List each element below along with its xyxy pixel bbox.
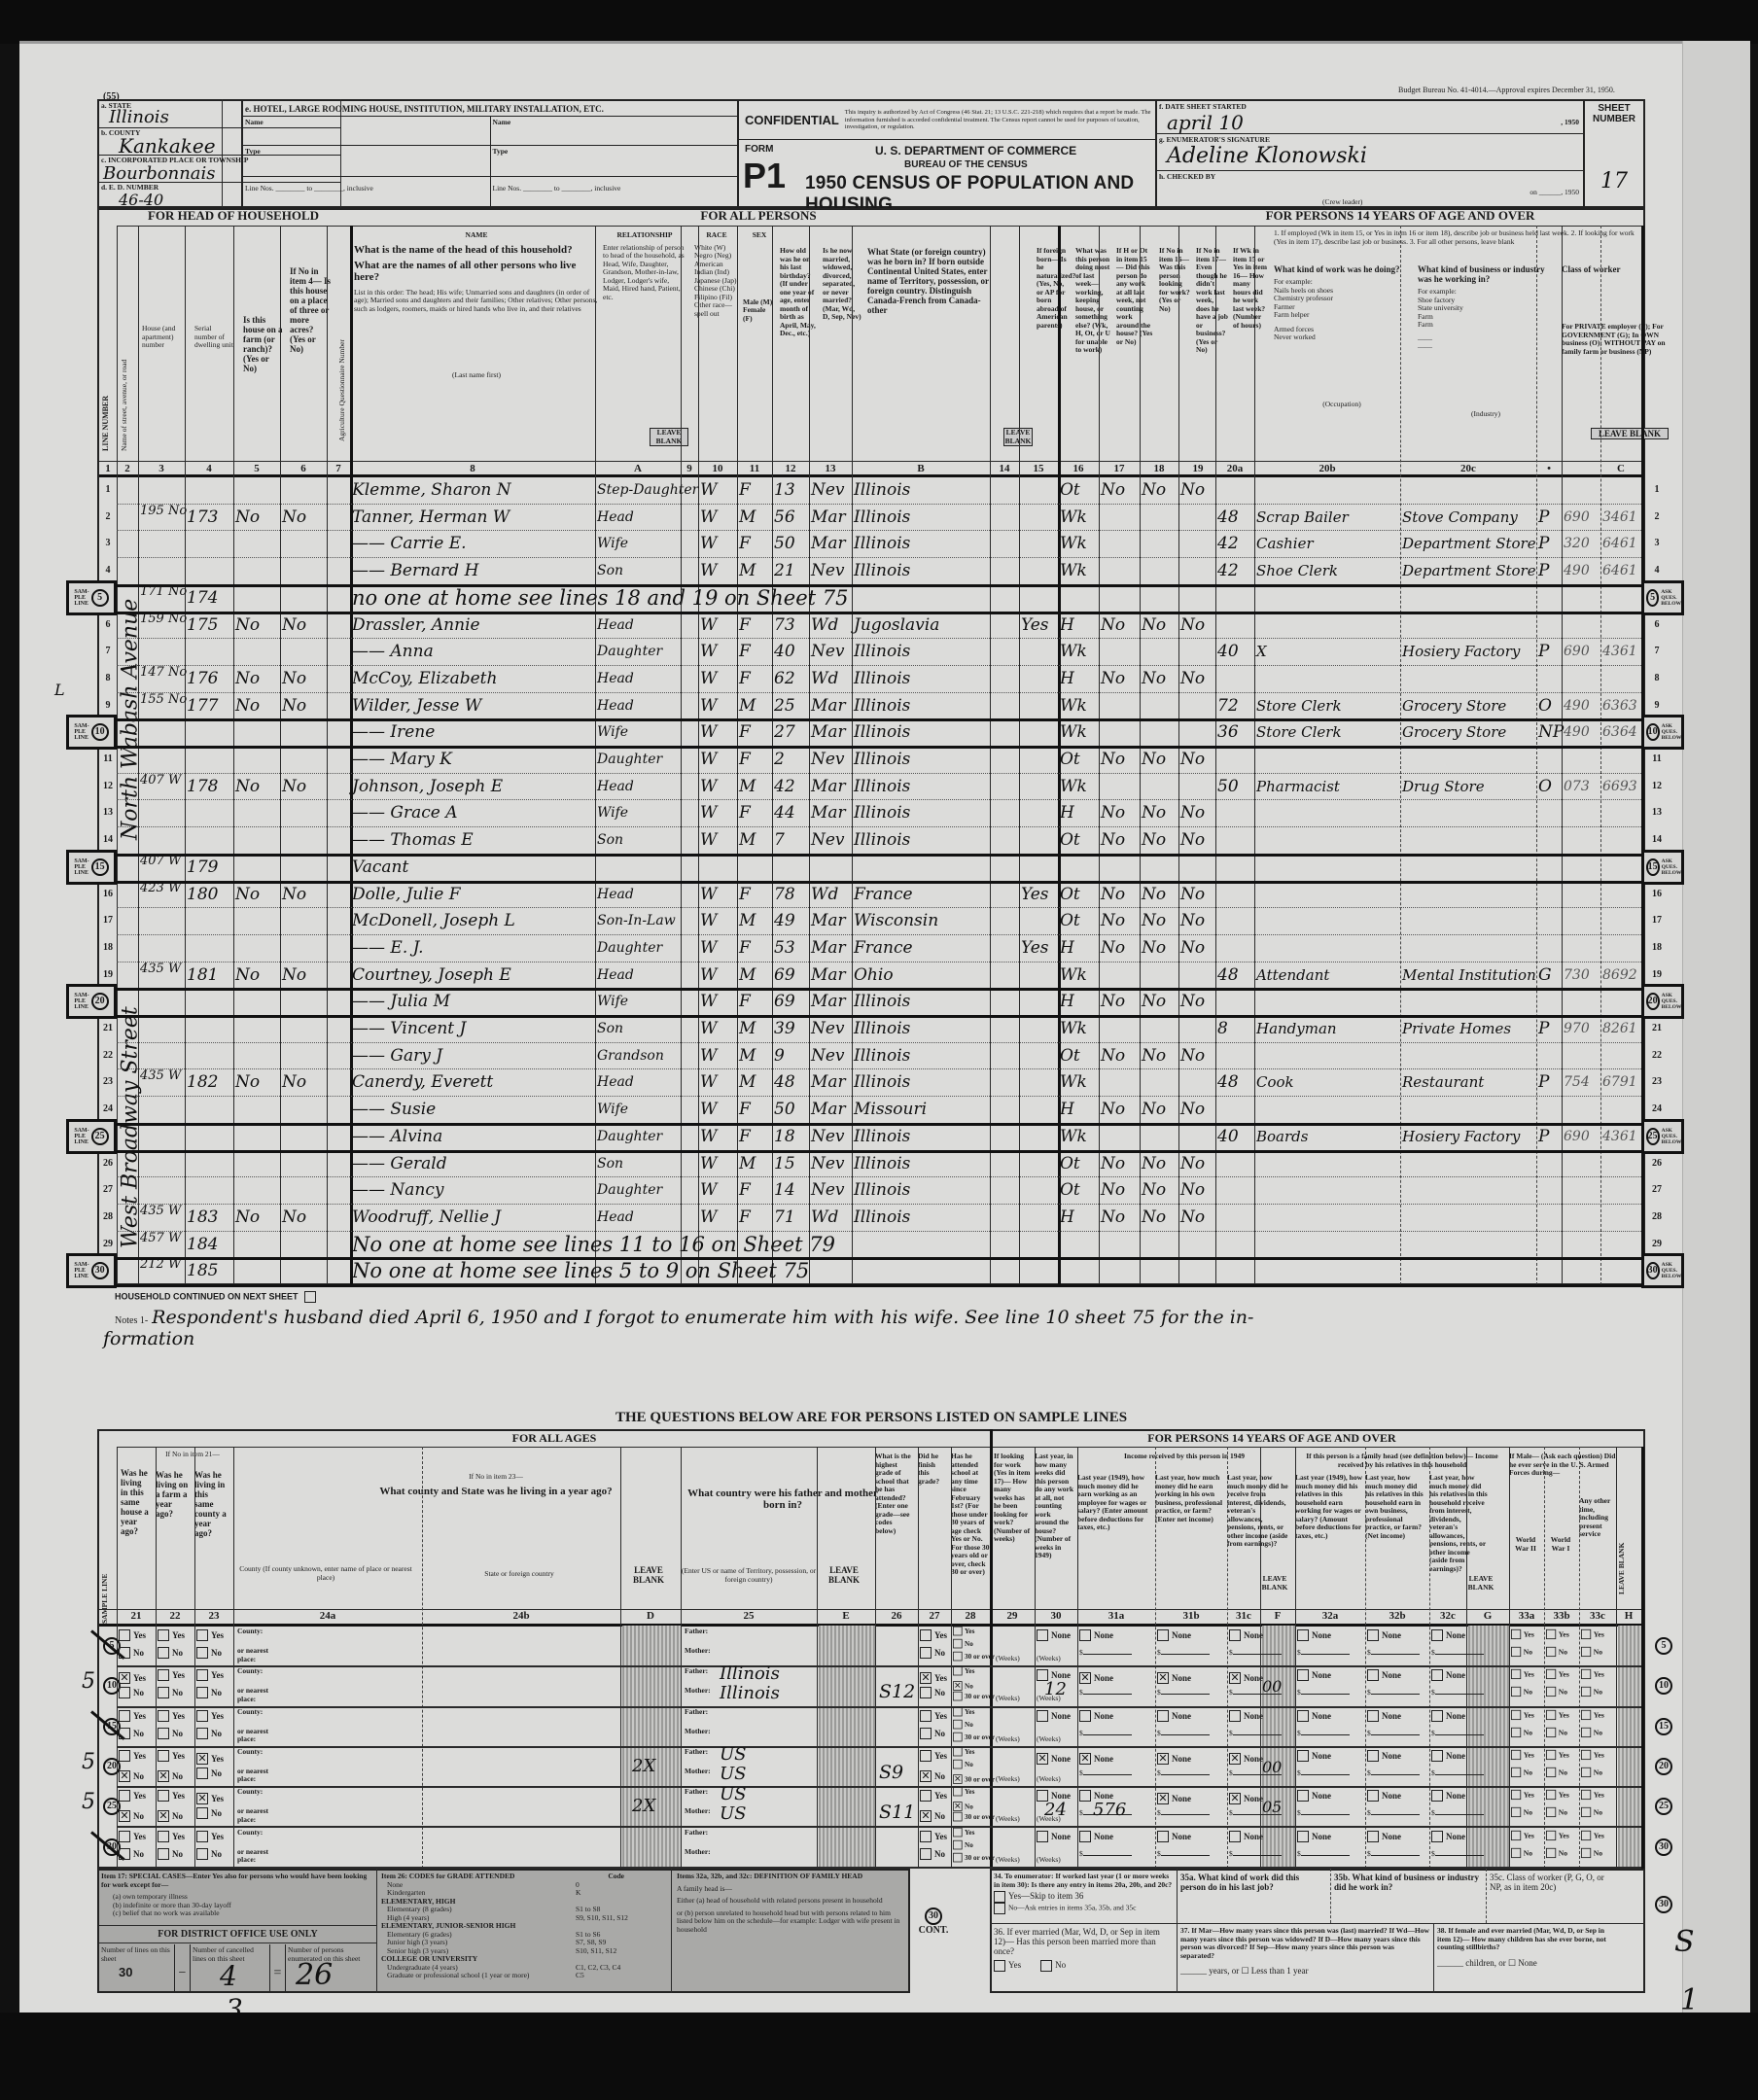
cell-activity: Wk bbox=[1060, 694, 1099, 717]
cell-race: W bbox=[700, 1098, 737, 1121]
highest-grade: S12 bbox=[879, 1681, 915, 1702]
q23-yes-checkbox[interactable]: Yes bbox=[196, 1669, 224, 1681]
cell-age: 48 bbox=[774, 1070, 809, 1094]
sh-31c: Last year, how much money did he receive… bbox=[1227, 1474, 1289, 1549]
sample-column-number: 32b bbox=[1365, 1610, 1429, 1622]
column-number: B bbox=[852, 463, 990, 474]
q31c-none-checkbox[interactable]: None bbox=[1229, 1710, 1263, 1722]
q33b-no-checkbox[interactable]: No bbox=[1546, 1727, 1567, 1736]
q32b-none-checkbox[interactable]: None bbox=[1367, 1790, 1401, 1802]
line-number-right: 26 bbox=[1641, 1158, 1672, 1169]
cell-sex: F bbox=[739, 478, 772, 502]
q33c-no-checkbox[interactable]: No bbox=[1581, 1647, 1602, 1657]
dollar-sign: $ bbox=[1297, 1808, 1301, 1817]
cell-sex: F bbox=[739, 990, 772, 1013]
cell-hours: 48 bbox=[1217, 963, 1254, 987]
q23-no-checkbox[interactable]: No bbox=[196, 1767, 222, 1779]
q21-yes-checkbox[interactable]: Yes bbox=[119, 1831, 146, 1842]
cell-rel: Son bbox=[597, 828, 681, 852]
line-number-right: 29 bbox=[1641, 1239, 1672, 1249]
cell-birthplace: Wisconsin bbox=[854, 909, 990, 932]
cell-code1: 490 bbox=[1564, 559, 1600, 582]
dollar-sign: $ bbox=[1367, 1648, 1371, 1657]
column-number: 20b bbox=[1254, 463, 1400, 474]
father-label: Father: bbox=[685, 1627, 708, 1636]
cell-sex: M bbox=[739, 1152, 772, 1175]
q32c-none-checkbox[interactable]: None bbox=[1431, 1669, 1465, 1681]
q32c-none-checkbox[interactable]: None bbox=[1431, 1710, 1465, 1722]
cell-marital: Nev bbox=[811, 559, 852, 582]
q36-no-checkbox[interactable] bbox=[1040, 1960, 1052, 1972]
cell-farm: No bbox=[235, 883, 280, 906]
q22-no-checkbox[interactable]: ✕No bbox=[158, 1810, 183, 1822]
q31b-none-checkbox[interactable]: None bbox=[1157, 1831, 1191, 1842]
cell-marital: Nev bbox=[811, 640, 852, 663]
sample-line-tag: SAM-PLELINE25 bbox=[66, 1119, 117, 1154]
q31b-none-checkbox[interactable]: ✕None bbox=[1157, 1672, 1191, 1684]
cell-race: W bbox=[700, 801, 737, 824]
line-number: 14 bbox=[99, 834, 117, 845]
cell-looking: No bbox=[1142, 1178, 1178, 1202]
line-number: 8 bbox=[99, 673, 117, 683]
q30-weeks-label: (Weeks) bbox=[1037, 1735, 1061, 1744]
leave-blank-d-value: 2X bbox=[632, 1756, 655, 1776]
q28-yes-checkbox[interactable]: Yes bbox=[953, 1666, 974, 1676]
q34-yes-checkbox[interactable] bbox=[994, 1891, 1005, 1903]
q21-yes-checkbox[interactable]: Yes bbox=[119, 1790, 146, 1802]
column-number: 4 bbox=[185, 463, 233, 474]
col-name-q2: What are the names of all other persons … bbox=[354, 260, 599, 283]
line-number-right: 24 bbox=[1641, 1103, 1672, 1114]
q33c-no-checkbox[interactable]: No bbox=[1581, 1727, 1602, 1736]
q31c-none-checkbox[interactable]: ✕None bbox=[1229, 1753, 1263, 1765]
cell-work: No bbox=[1101, 801, 1140, 824]
q23-yes-checkbox[interactable]: Yes bbox=[196, 1629, 224, 1641]
sample-column-number: 23 bbox=[194, 1610, 233, 1622]
cell-house: 435 W bbox=[140, 1070, 185, 1082]
q30-none-checkbox[interactable]: ✕None bbox=[1037, 1753, 1071, 1765]
sheet-number-block: SHEET NUMBER 17 bbox=[1585, 103, 1643, 193]
cell-serial: 177 bbox=[187, 694, 233, 717]
q28-no-checkbox[interactable]: No bbox=[953, 1839, 973, 1849]
q33a-no-checkbox[interactable]: No bbox=[1511, 1767, 1532, 1777]
q32a-none-checkbox[interactable]: None bbox=[1297, 1710, 1331, 1722]
q23-no-checkbox[interactable]: No bbox=[196, 1728, 222, 1739]
cell-activity: H bbox=[1060, 1098, 1099, 1121]
col-name-list: List in this order: The head; His wife; … bbox=[354, 289, 599, 314]
q31c-none-checkbox[interactable]: ✕None bbox=[1229, 1672, 1263, 1684]
q31b-none-checkbox[interactable]: ✕None bbox=[1157, 1793, 1191, 1804]
q31b-none-checkbox[interactable]: None bbox=[1157, 1629, 1191, 1641]
cell-birthplace: Illinois bbox=[854, 559, 990, 582]
cell-job: No bbox=[1180, 883, 1215, 906]
cell-looking: No bbox=[1142, 748, 1178, 771]
special-cases-title: Item 17: SPECIAL CASES—Enter Yes also fo… bbox=[101, 1872, 373, 1889]
q33a-yes-checkbox[interactable]: Yes bbox=[1511, 1629, 1534, 1639]
cell-serial: 184 bbox=[187, 1233, 233, 1256]
q33b-no-checkbox[interactable]: No bbox=[1546, 1807, 1567, 1817]
q33a-no-checkbox[interactable]: No bbox=[1511, 1647, 1532, 1657]
dollar-sign: $ bbox=[1431, 1648, 1435, 1657]
cell-activity: H bbox=[1060, 936, 1099, 960]
q23-no-checkbox[interactable]: No bbox=[196, 1647, 222, 1659]
q28-no-checkbox[interactable]: ✕No bbox=[953, 1802, 973, 1811]
q32b-none-checkbox[interactable]: None bbox=[1367, 1629, 1401, 1641]
q33c-yes-checkbox[interactable]: Yes bbox=[1581, 1629, 1604, 1639]
q32b-none-checkbox[interactable]: None bbox=[1367, 1750, 1401, 1762]
q28-yes-checkbox[interactable]: Yes bbox=[953, 1706, 974, 1716]
cell-industry: Department Store bbox=[1402, 559, 1536, 582]
grade-code-value: K bbox=[576, 1889, 663, 1898]
dollar-sign: $ bbox=[1431, 1688, 1435, 1697]
cell-farm: No bbox=[235, 1070, 280, 1094]
q31c-none-checkbox[interactable]: None bbox=[1229, 1629, 1263, 1641]
line-number: 12 bbox=[99, 781, 117, 791]
cell-code2: 6363 bbox=[1602, 694, 1641, 717]
cell-nat: Yes bbox=[1021, 883, 1058, 906]
line-number: 23 bbox=[99, 1076, 117, 1087]
q28-30-checkbox[interactable]: 30 or over bbox=[953, 1812, 995, 1822]
q33c-no-checkbox[interactable]: No bbox=[1581, 1767, 1602, 1777]
cell-name: —— Nancy bbox=[352, 1178, 595, 1202]
sample-row: 255Yes✕NoYes✕No✕YesNoCounty:or nearest p… bbox=[0, 1786, 1758, 1826]
grade-codes: Item 26: CODES for GRADE ATTENDED Code N… bbox=[381, 1872, 663, 1980]
cell-birthplace: Missouri bbox=[854, 1098, 990, 1121]
q31b-none-checkbox[interactable]: ✕None bbox=[1157, 1753, 1191, 1765]
father-label: Father: bbox=[685, 1748, 708, 1757]
group-persons-14: FOR PERSONS 14 YEARS OF AGE AND OVER bbox=[1167, 208, 1634, 224]
cell-code1: 073 bbox=[1564, 775, 1600, 798]
q31c-none-checkbox[interactable]: None bbox=[1229, 1831, 1263, 1842]
q28-30-checkbox[interactable]: 30 or over bbox=[953, 1852, 995, 1862]
q32c-none-checkbox[interactable]: None bbox=[1431, 1831, 1465, 1842]
col-leave-blank-a: LEAVE BLANK bbox=[650, 428, 688, 446]
sh-31a: Last year (1949), how much money did he … bbox=[1077, 1474, 1151, 1532]
col-occupation-intro: 1. If employed (Wk in item 15, or Yes in… bbox=[1274, 229, 1643, 246]
q33a-yes-checkbox[interactable]: Yes bbox=[1511, 1830, 1534, 1839]
q27-yes-checkbox[interactable]: Yes bbox=[920, 1831, 947, 1842]
q33b-yes-checkbox[interactable]: Yes bbox=[1546, 1669, 1569, 1679]
cell-activity: Ot bbox=[1060, 909, 1099, 932]
q28-no-checkbox[interactable]: No bbox=[953, 1760, 973, 1769]
q23-yes-checkbox[interactable]: Yes bbox=[196, 1831, 224, 1842]
cell-name: —— Vincent J bbox=[352, 1017, 595, 1040]
q30-weeks-label: (Weeks) bbox=[1037, 1856, 1061, 1865]
cell-farm: No bbox=[235, 506, 280, 529]
cell-marital: Nev bbox=[811, 1044, 852, 1067]
cell-race: W bbox=[700, 506, 737, 529]
q33b-no-checkbox[interactable]: No bbox=[1546, 1847, 1567, 1857]
cell-code2: 6461 bbox=[1602, 532, 1641, 555]
q27-no-checkbox[interactable]: No bbox=[920, 1687, 945, 1698]
dollar-sign: $ bbox=[1297, 1849, 1301, 1858]
q32a-none-checkbox[interactable]: None bbox=[1297, 1669, 1331, 1681]
dollar-sign: $ bbox=[1367, 1688, 1371, 1697]
q22-yes-checkbox[interactable]: Yes bbox=[158, 1831, 185, 1842]
cell-looking: No bbox=[1142, 883, 1178, 906]
q30-none-checkbox[interactable]: None bbox=[1037, 1831, 1071, 1842]
q22-no-checkbox[interactable]: No bbox=[158, 1687, 183, 1698]
cell-age: 73 bbox=[774, 613, 809, 637]
q28-30-checkbox[interactable]: ✕30 or over bbox=[953, 1774, 995, 1784]
q33a-yes-checkbox[interactable]: Yes bbox=[1511, 1750, 1534, 1760]
q31a-none-checkbox[interactable]: None bbox=[1079, 1710, 1113, 1722]
sample-column-number: 32a bbox=[1295, 1610, 1365, 1622]
cell-class: O bbox=[1538, 694, 1562, 717]
line-number: 18 bbox=[99, 942, 117, 953]
q27-yes-checkbox[interactable]: Yes bbox=[920, 1790, 947, 1802]
dollar-sign: $ bbox=[1157, 1648, 1161, 1657]
cell-activity: Wk bbox=[1060, 532, 1099, 555]
cell-job: No bbox=[1180, 613, 1215, 637]
q32b-none-checkbox[interactable]: None bbox=[1367, 1669, 1401, 1681]
scan-top-shadow bbox=[0, 0, 1758, 44]
col-relationship-title: RELATIONSHIP bbox=[603, 231, 686, 240]
cell-hours: 40 bbox=[1217, 640, 1254, 663]
ed-value: 46-40 bbox=[119, 191, 163, 209]
q33b-no-checkbox[interactable]: No bbox=[1546, 1687, 1567, 1697]
q33b-yes-checkbox[interactable]: Yes bbox=[1546, 1709, 1569, 1719]
date-value: april 10 bbox=[1167, 111, 1244, 134]
dollar-sign: $ bbox=[1157, 1768, 1161, 1777]
q32a-none-checkbox[interactable]: None bbox=[1297, 1750, 1331, 1762]
q33c-yes-checkbox[interactable]: Yes bbox=[1581, 1669, 1604, 1679]
cell-occupation: Shoe Clerk bbox=[1256, 559, 1400, 582]
grade-code-value: C1, C2, C3, C4 bbox=[576, 1964, 663, 1973]
col-occupation: What kind of work was he doing? For exam… bbox=[1274, 264, 1410, 408]
q31a-none-checkbox[interactable]: None bbox=[1079, 1629, 1113, 1641]
q29-weeks-label: (Weeks) bbox=[996, 1856, 1020, 1865]
q33b-yes-checkbox[interactable]: Yes bbox=[1546, 1790, 1569, 1800]
cell-sex: F bbox=[739, 883, 772, 906]
q28-30-checkbox[interactable]: 30 or over bbox=[953, 1692, 995, 1701]
cell-marital: Nev bbox=[811, 1178, 852, 1202]
cell-job: No bbox=[1180, 1178, 1215, 1202]
q22-no-checkbox[interactable]: ✕No bbox=[158, 1770, 183, 1782]
line-number: 4 bbox=[99, 565, 117, 576]
q28-no-checkbox[interactable]: No bbox=[953, 1719, 973, 1729]
q32a-none-checkbox[interactable]: None bbox=[1297, 1831, 1331, 1842]
q23-no-checkbox[interactable]: No bbox=[196, 1807, 222, 1819]
q33c-no-checkbox[interactable]: No bbox=[1581, 1807, 1602, 1817]
q30-none-checkbox[interactable]: None bbox=[1037, 1710, 1071, 1722]
q28-no-checkbox[interactable]: ✕No bbox=[953, 1681, 973, 1691]
q33a-no-checkbox[interactable]: No bbox=[1511, 1727, 1532, 1736]
q27-no-checkbox[interactable]: No bbox=[920, 1647, 945, 1659]
q28-yes-checkbox[interactable]: Yes bbox=[953, 1827, 974, 1837]
line-number-right: 1 bbox=[1641, 484, 1672, 495]
q27-no-checkbox[interactable]: ✕No bbox=[920, 1810, 945, 1822]
q27-yes-checkbox[interactable]: ✕Yes bbox=[920, 1672, 947, 1684]
cell-job: No bbox=[1180, 1152, 1215, 1175]
q27-no-checkbox[interactable]: No bbox=[920, 1728, 945, 1739]
q21-no-checkbox[interactable]: No bbox=[119, 1728, 144, 1739]
dollar-sign: $ bbox=[1229, 1849, 1233, 1858]
col-industry-foot: (Industry) bbox=[1418, 410, 1554, 419]
q21-no-checkbox[interactable]: No bbox=[119, 1687, 144, 1698]
q33c-no-checkbox[interactable]: No bbox=[1581, 1687, 1602, 1697]
cell-looking: No bbox=[1142, 478, 1178, 502]
household-continued-checkbox[interactable] bbox=[304, 1291, 316, 1303]
q32c-none-checkbox[interactable]: None bbox=[1431, 1790, 1465, 1802]
q22-no-checkbox[interactable]: No bbox=[158, 1848, 183, 1860]
q33c-yes-checkbox[interactable]: Yes bbox=[1581, 1790, 1604, 1800]
cell-work: No bbox=[1101, 828, 1140, 852]
q22-yes-checkbox[interactable]: Yes bbox=[158, 1790, 185, 1802]
col-naturalized: If foreign born— Is he naturalized? (Yes… bbox=[1037, 247, 1070, 330]
q33a-no-checkbox[interactable]: No bbox=[1511, 1687, 1532, 1697]
q32b-none-checkbox[interactable]: None bbox=[1367, 1831, 1401, 1842]
column-number: 20c bbox=[1400, 463, 1536, 474]
cell-name: Vacant bbox=[352, 856, 595, 879]
cell-marital: Mar bbox=[811, 775, 852, 798]
cell-activity: H bbox=[1060, 1206, 1099, 1229]
sh-23: Was he living in this same county a year… bbox=[194, 1470, 228, 1538]
q33a-yes-checkbox[interactable]: Yes bbox=[1511, 1669, 1534, 1679]
q21-yes-checkbox[interactable]: Yes bbox=[119, 1629, 146, 1641]
q28-no-checkbox[interactable]: No bbox=[953, 1639, 973, 1649]
cell-birthplace: Illinois bbox=[854, 1152, 990, 1175]
cell-age: 62 bbox=[774, 667, 809, 690]
q36-yes-checkbox[interactable] bbox=[994, 1960, 1005, 1972]
line-number: 29 bbox=[99, 1239, 117, 1249]
dollar-sign: $ bbox=[1079, 1768, 1083, 1777]
cell-age: 14 bbox=[774, 1178, 809, 1202]
q33b-yes-checkbox[interactable]: Yes bbox=[1546, 1750, 1569, 1760]
q29-weeks-label: (Weeks) bbox=[996, 1655, 1020, 1663]
cell-race: W bbox=[700, 478, 737, 502]
q31a-none-checkbox[interactable]: ✕None bbox=[1079, 1753, 1113, 1765]
cell-age: 50 bbox=[774, 532, 809, 555]
q33a-yes-checkbox[interactable]: Yes bbox=[1511, 1790, 1534, 1800]
q33b-yes-checkbox[interactable]: Yes bbox=[1546, 1830, 1569, 1839]
q23-no-checkbox[interactable]: No bbox=[196, 1848, 222, 1860]
cell-code2: 6461 bbox=[1602, 559, 1641, 582]
q21-no-checkbox[interactable]: No bbox=[119, 1647, 144, 1659]
q32a-none-checkbox[interactable]: None bbox=[1297, 1790, 1331, 1802]
cell-work: No bbox=[1101, 909, 1140, 932]
cell-activity: H bbox=[1060, 990, 1099, 1013]
q22-no-checkbox[interactable]: No bbox=[158, 1728, 183, 1739]
q33c-yes-checkbox[interactable]: Yes bbox=[1581, 1830, 1604, 1839]
q23-yes-checkbox[interactable]: ✕Yes bbox=[196, 1753, 224, 1765]
q33b-no-checkbox[interactable]: No bbox=[1546, 1647, 1567, 1657]
q28-yes-checkbox[interactable]: Yes bbox=[953, 1787, 974, 1797]
q27-yes-checkbox[interactable]: Yes bbox=[920, 1629, 947, 1641]
cell-age: 69 bbox=[774, 963, 809, 987]
cell-activity: Wk bbox=[1060, 640, 1099, 663]
sample-line-label: SAMPLE LINE bbox=[101, 1517, 115, 1624]
cell-code2: 8692 bbox=[1602, 963, 1641, 987]
cell-sex: F bbox=[739, 1125, 772, 1148]
q31a-none-checkbox[interactable]: None bbox=[1079, 1831, 1113, 1842]
q27-yes-checkbox[interactable]: Yes bbox=[920, 1750, 947, 1762]
cell-age: 27 bbox=[774, 720, 809, 744]
q33a-no-checkbox[interactable]: No bbox=[1511, 1807, 1532, 1817]
q32a-none-checkbox[interactable]: None bbox=[1297, 1629, 1331, 1641]
q33b-no-checkbox[interactable]: No bbox=[1546, 1767, 1567, 1777]
q28-yes-checkbox[interactable]: Yes bbox=[953, 1627, 974, 1636]
q28-30-checkbox[interactable]: 30 or over bbox=[953, 1652, 995, 1662]
q30-none-checkbox[interactable]: None bbox=[1037, 1629, 1071, 1641]
q27-yes-checkbox[interactable]: Yes bbox=[920, 1710, 947, 1722]
col-race-detail: White (W) Negro (Neg) American Indian (I… bbox=[694, 244, 739, 319]
mother-label: Mother: bbox=[685, 1728, 711, 1736]
q27-no-checkbox[interactable]: No bbox=[920, 1848, 945, 1860]
q37: 37. If Mar—How many years since this per… bbox=[1180, 1927, 1429, 1976]
cell-rel: Head bbox=[597, 1070, 681, 1094]
cell-activity: Wk bbox=[1060, 506, 1099, 529]
cell-job: No bbox=[1180, 828, 1215, 852]
q34-no-checkbox[interactable] bbox=[994, 1903, 1005, 1914]
q32c-none-checkbox[interactable]: None bbox=[1431, 1629, 1465, 1641]
q22-yes-checkbox[interactable]: Yes bbox=[158, 1710, 185, 1722]
cell-activity: Wk bbox=[1060, 1070, 1099, 1094]
q22-no-checkbox[interactable]: No bbox=[158, 1647, 183, 1659]
q21-yes-checkbox[interactable]: Yes bbox=[119, 1750, 146, 1762]
q23-yes-checkbox[interactable]: ✕Yes bbox=[196, 1793, 224, 1804]
q32c-none-checkbox[interactable]: None bbox=[1431, 1750, 1465, 1762]
q27-no-checkbox[interactable]: ✕No bbox=[920, 1770, 945, 1782]
q22-yes-checkbox[interactable]: Yes bbox=[158, 1750, 185, 1762]
q31c-none-checkbox[interactable]: ✕None bbox=[1229, 1793, 1263, 1804]
cell-occupation: Store Clerk bbox=[1256, 720, 1400, 744]
sample-column-number: 24a bbox=[233, 1610, 422, 1622]
cell-job: No bbox=[1180, 1206, 1215, 1229]
q28-yes-checkbox[interactable]: Yes bbox=[953, 1747, 974, 1757]
cell-house: 457 W bbox=[140, 1233, 185, 1244]
q21-no-checkbox[interactable]: ✕No bbox=[119, 1810, 144, 1822]
q31b-none-checkbox[interactable]: None bbox=[1157, 1710, 1191, 1722]
cell-sex: F bbox=[739, 748, 772, 771]
q35a: 35a. What kind of work did this person d… bbox=[1180, 1872, 1326, 1892]
nearest-place-label: or nearest place: bbox=[237, 1728, 286, 1744]
q32b-none-checkbox[interactable]: None bbox=[1367, 1710, 1401, 1722]
column-number: 3 bbox=[138, 463, 185, 474]
q33c-yes-checkbox[interactable]: Yes bbox=[1581, 1750, 1604, 1760]
cell-race: W bbox=[700, 720, 737, 744]
q28-30-checkbox[interactable]: 30 or over bbox=[953, 1732, 995, 1741]
q22-yes-checkbox[interactable]: Yes bbox=[158, 1669, 185, 1681]
q21-yes-checkbox[interactable]: Yes bbox=[119, 1710, 146, 1722]
cell-sex: F bbox=[739, 1206, 772, 1229]
cell-age: 25 bbox=[774, 694, 809, 717]
column-number: C bbox=[1600, 463, 1641, 474]
line-number-right: 28 bbox=[1641, 1211, 1672, 1222]
q33b-yes-checkbox[interactable]: Yes bbox=[1546, 1629, 1569, 1639]
q23-no-checkbox[interactable]: No bbox=[196, 1687, 222, 1698]
crew-leader-label: (Crew leader) bbox=[1322, 198, 1362, 207]
cell-code1: 490 bbox=[1564, 694, 1600, 717]
q33c-no-checkbox[interactable]: No bbox=[1581, 1847, 1602, 1857]
q33a-no-checkbox[interactable]: No bbox=[1511, 1847, 1532, 1857]
q33c-yes-checkbox[interactable]: Yes bbox=[1581, 1709, 1604, 1719]
column-number: 1 bbox=[99, 463, 117, 474]
cell-code2: 6693 bbox=[1602, 775, 1641, 798]
cell-birthplace: Illinois bbox=[854, 694, 990, 717]
q21-no-checkbox[interactable]: ✕No bbox=[119, 1770, 144, 1782]
sample-line-number-right: 5 bbox=[1655, 1637, 1672, 1655]
q31a-none-checkbox[interactable]: ✕None bbox=[1079, 1672, 1113, 1684]
q22-yes-checkbox[interactable]: Yes bbox=[158, 1629, 185, 1641]
cell-industry: Stove Company bbox=[1402, 506, 1536, 529]
q33a-yes-checkbox[interactable]: Yes bbox=[1511, 1709, 1534, 1719]
notes-section: Notes 1- Respondent's husband died April… bbox=[115, 1307, 1651, 1349]
q21-yes-checkbox[interactable]: ✕Yes bbox=[119, 1672, 146, 1684]
q23-yes-checkbox[interactable]: Yes bbox=[196, 1710, 224, 1722]
q29-weeks-label: (Weeks) bbox=[996, 1695, 1020, 1703]
q21-no-checkbox[interactable]: No bbox=[119, 1848, 144, 1860]
